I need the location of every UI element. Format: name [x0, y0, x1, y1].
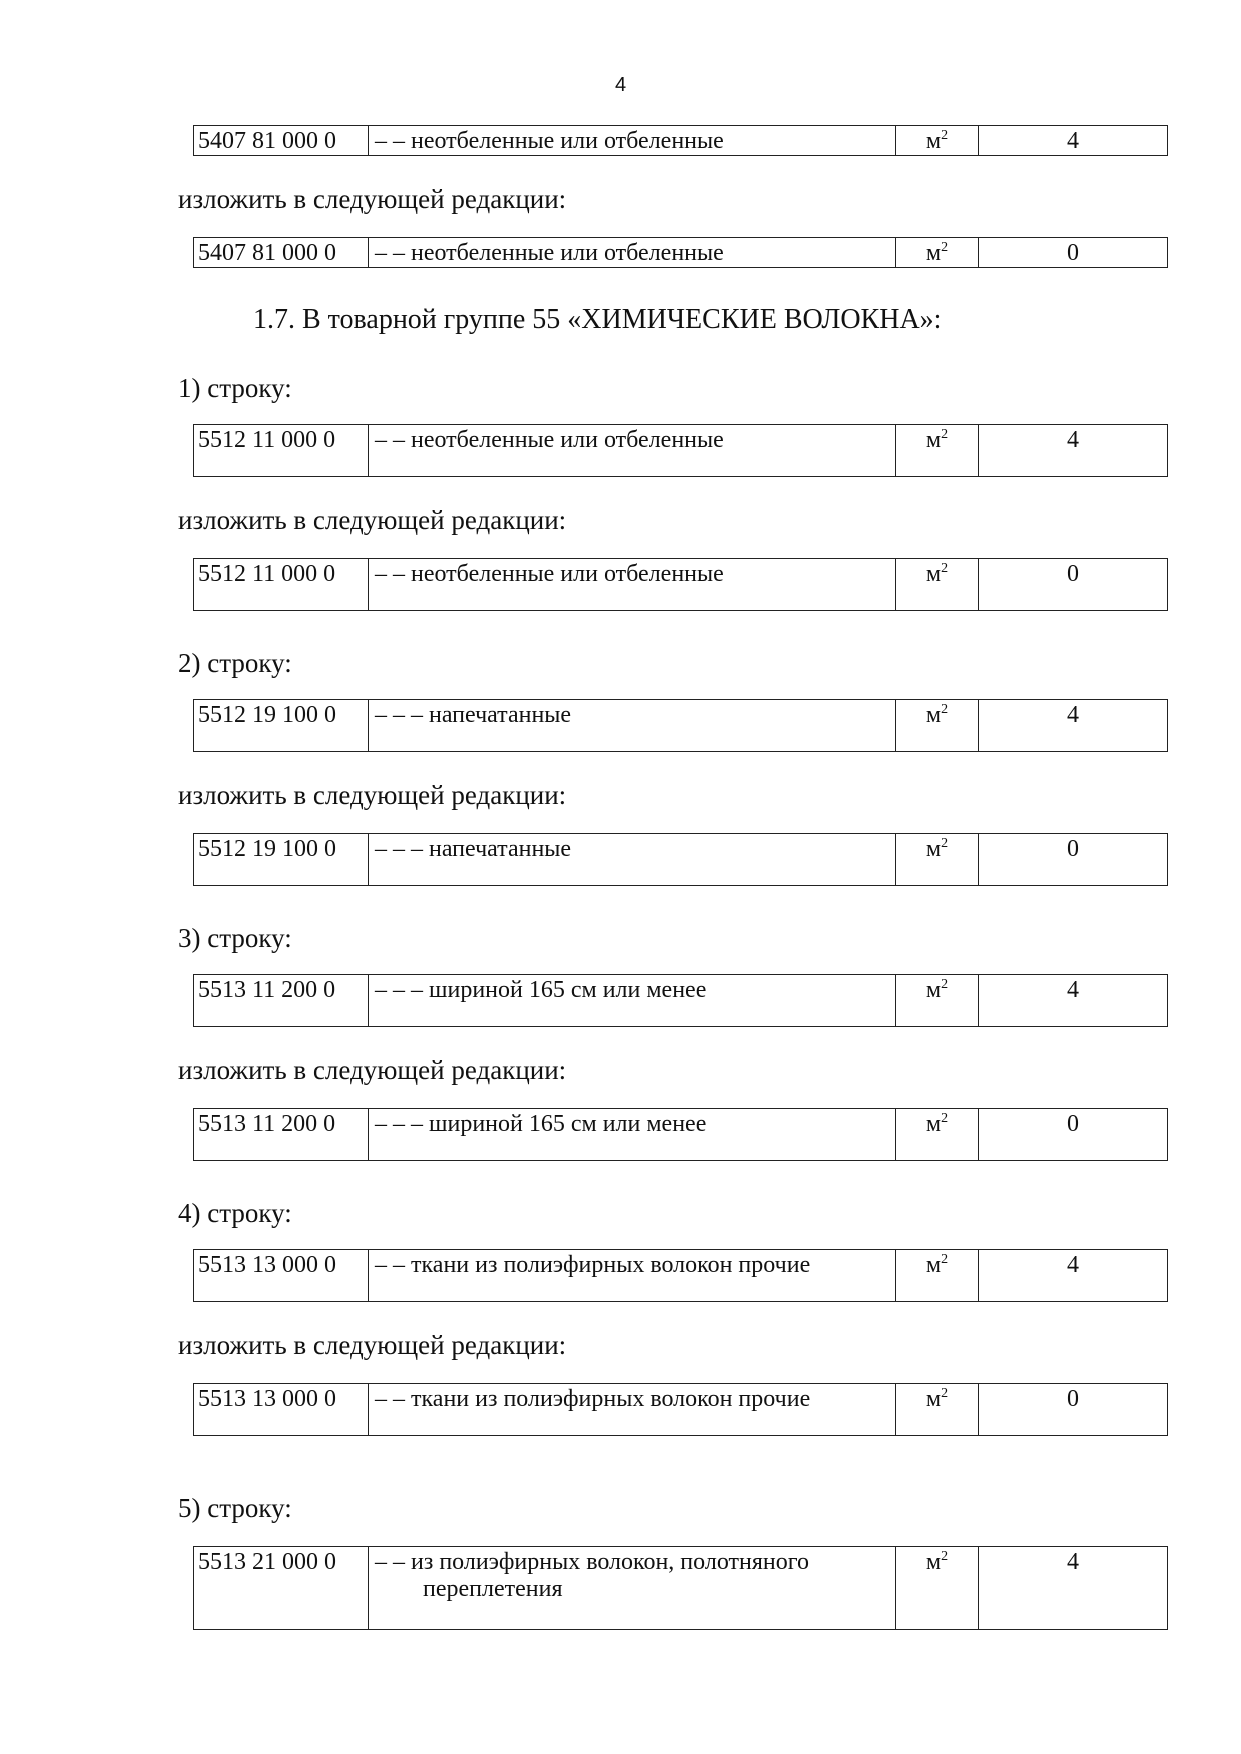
- unit-cell: м2: [896, 1109, 979, 1161]
- page-number: 4: [0, 74, 1241, 97]
- unit-cell: м2: [896, 425, 979, 477]
- rate-cell: 0: [979, 559, 1168, 611]
- item-label: 1) строку:: [178, 373, 292, 404]
- description-cell: – – неотбеленные или отбеленные: [369, 238, 896, 268]
- description-cell: – – – шириной 165 см или менее: [369, 975, 896, 1027]
- description-cell: – – – напечатанные: [369, 700, 896, 752]
- code-cell: 5512 11 000 0: [194, 425, 369, 477]
- rate-cell: 4: [979, 1250, 1168, 1302]
- item-label: 4) строку:: [178, 1198, 292, 1229]
- tariff-row-old: 5512 11 000 0 – – неотбеленные или отбел…: [193, 424, 1168, 477]
- tariff-row-new: 5513 13 000 0 – – ткани из полиэфирных в…: [193, 1383, 1168, 1436]
- replace-phrase: изложить в следующей редакции:: [178, 1055, 566, 1086]
- rate-cell: 0: [979, 238, 1168, 268]
- description-cell: – – – напечатанные: [369, 834, 896, 886]
- code-cell: 5513 21 000 0: [194, 1547, 369, 1630]
- unit-cell: м2: [896, 1547, 979, 1630]
- unit-cell: м2: [896, 126, 979, 156]
- description-cell: – – из полиэфирных волокон, полотняногоп…: [369, 1547, 896, 1630]
- tariff-row-old: 5512 19 100 0 – – – напечатанные м2 4: [193, 699, 1168, 752]
- code-cell: 5407 81 000 0: [194, 126, 369, 156]
- code-cell: 5513 11 200 0: [194, 1109, 369, 1161]
- tariff-row-new: 5512 19 100 0 – – – напечатанные м2 0: [193, 833, 1168, 886]
- replace-phrase: изложить в следующей редакции:: [178, 505, 566, 536]
- code-cell: 5513 13 000 0: [194, 1384, 369, 1436]
- unit-cell: м2: [896, 238, 979, 268]
- description-cell: – – неотбеленные или отбеленные: [369, 425, 896, 477]
- code-cell: 5407 81 000 0: [194, 238, 369, 268]
- tariff-row-new: 5512 11 000 0 – – неотбеленные или отбел…: [193, 558, 1168, 611]
- section-heading: 1.7. В товарной группе 55 «ХИМИЧЕСКИЕ ВО…: [253, 304, 941, 336]
- description-cell: – – ткани из полиэфирных волокон прочие: [369, 1250, 896, 1302]
- tariff-row-old: 5513 11 200 0 – – – шириной 165 см или м…: [193, 974, 1168, 1027]
- code-cell: 5512 11 000 0: [194, 559, 369, 611]
- unit-cell: м2: [896, 700, 979, 752]
- item-label: 5) строку:: [178, 1493, 292, 1524]
- description-cell: – – неотбеленные или отбеленные: [369, 126, 896, 156]
- description-cell: – – – шириной 165 см или менее: [369, 1109, 896, 1161]
- rate-cell: 4: [979, 700, 1168, 752]
- replace-phrase: изложить в следующей редакции:: [178, 780, 566, 811]
- item-label: 3) строку:: [178, 923, 292, 954]
- unit-cell: м2: [896, 975, 979, 1027]
- replace-phrase: изложить в следующей редакции:: [178, 184, 566, 215]
- unit-cell: м2: [896, 559, 979, 611]
- tariff-row-old: 5407 81 000 0 – – неотбеленные или отбел…: [193, 125, 1168, 156]
- tariff-row-new: 5513 11 200 0 – – – шириной 165 см или м…: [193, 1108, 1168, 1161]
- code-cell: 5513 13 000 0: [194, 1250, 369, 1302]
- tariff-row-old: 5513 13 000 0 – – ткани из полиэфирных в…: [193, 1249, 1168, 1302]
- code-cell: 5513 11 200 0: [194, 975, 369, 1027]
- description-cell: – – неотбеленные или отбеленные: [369, 559, 896, 611]
- item-label: 2) строку:: [178, 648, 292, 679]
- rate-cell: 4: [979, 975, 1168, 1027]
- tariff-row-old: 5513 21 000 0 – – из полиэфирных волокон…: [193, 1546, 1168, 1630]
- unit-cell: м2: [896, 834, 979, 886]
- rate-cell: 4: [979, 1547, 1168, 1630]
- replace-phrase: изложить в следующей редакции:: [178, 1330, 566, 1361]
- rate-cell: 0: [979, 1384, 1168, 1436]
- rate-cell: 0: [979, 1109, 1168, 1161]
- rate-cell: 0: [979, 834, 1168, 886]
- unit-cell: м2: [896, 1384, 979, 1436]
- rate-cell: 4: [979, 126, 1168, 156]
- code-cell: 5512 19 100 0: [194, 700, 369, 752]
- tariff-row-new: 5407 81 000 0 – – неотбеленные или отбел…: [193, 237, 1168, 268]
- rate-cell: 4: [979, 425, 1168, 477]
- unit-cell: м2: [896, 1250, 979, 1302]
- description-cell: – – ткани из полиэфирных волокон прочие: [369, 1384, 896, 1436]
- code-cell: 5512 19 100 0: [194, 834, 369, 886]
